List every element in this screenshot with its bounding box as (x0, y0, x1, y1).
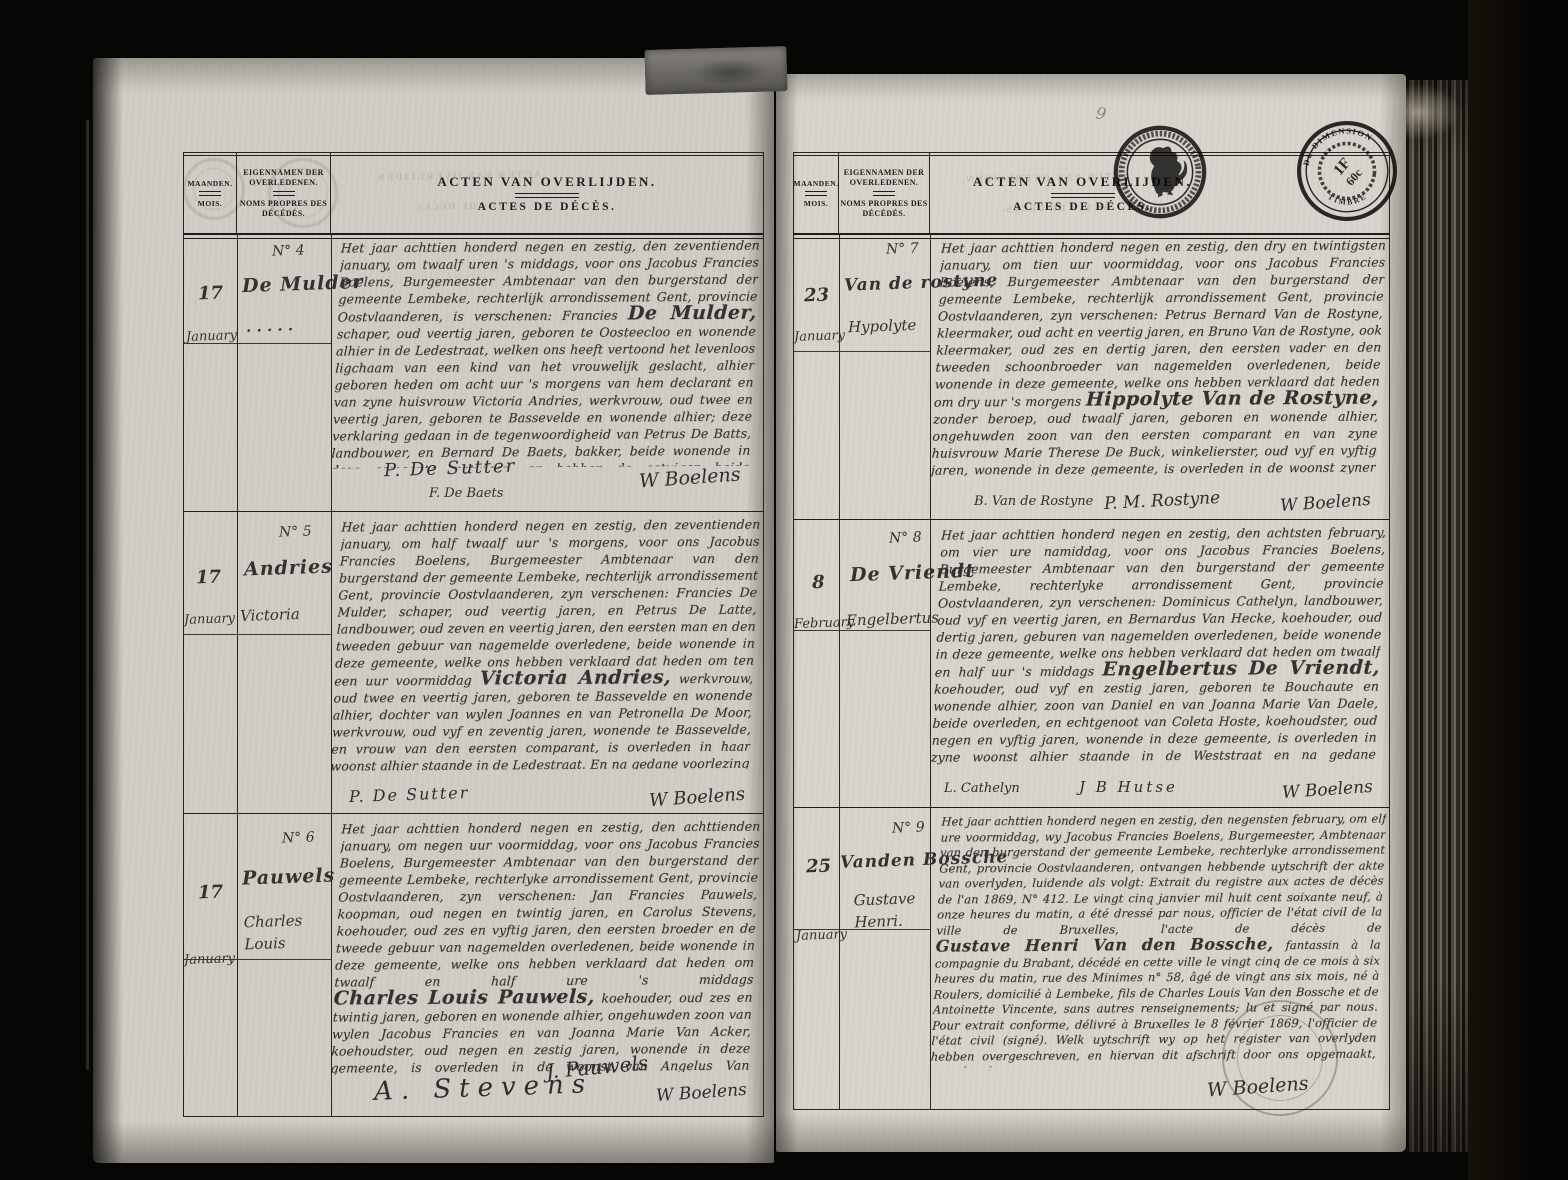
act-day: 17 (198, 882, 224, 904)
act-day: 25 (806, 856, 832, 878)
registrar-signature: W Boelens (648, 784, 745, 812)
acts-title-fr: ACTES DE DÉCÈS. (478, 201, 617, 213)
act-row-5: 17 January N° 5 Andries Victoria Het jaa… (184, 511, 763, 814)
act-given-name: Hypolyte (848, 314, 917, 338)
act-number: N° 8 (889, 529, 922, 546)
act-number: N° 5 (279, 523, 312, 540)
registrar-signature: W Boelens (1280, 490, 1372, 516)
act-number: N° 9 (892, 819, 925, 836)
deceased-name: Victoria Andries, (479, 666, 671, 689)
act-text-post: schaper, oud veertig jaren, geboren te O… (331, 324, 756, 469)
header-divider (515, 193, 579, 198)
act-row-7: 23 January N° 7 Van de rostyne Hypolyte … (794, 233, 1389, 519)
months-header-cell: MAANDEN. MOIS. (184, 153, 237, 233)
act-given-name: Charles Louis (243, 909, 324, 956)
left-table-header: MAANDEN. MOIS. EIGENNAMEN DER OVERLEDENE… (184, 153, 763, 235)
act-day: 17 (198, 283, 224, 305)
act-surname: Andries (244, 555, 334, 580)
fiscal-value-stamp-icon: DE DIMENSION TIMBRE 1F 60c (1291, 115, 1403, 227)
left-register-table: MAANDEN. MOIS. EIGENNAMEN DER OVERLEDENE… (183, 152, 764, 1117)
act-text: Het jaar achttien honderd negen en zesti… (931, 523, 1387, 765)
names-label-nl: EIGENNAMEN DER OVERLEDENEN. (238, 168, 329, 188)
act-text: Het jaar achttien honderd negen en zesti… (331, 236, 760, 468)
header-divider (805, 191, 827, 196)
witness-signature: J B Hutse (1079, 778, 1178, 796)
act-surname: Pauwels (242, 864, 336, 889)
deceased-name: Engelbertus De Vriendt, (1102, 656, 1380, 680)
margin-rule (184, 343, 331, 344)
header-divider (273, 191, 295, 196)
margin-rule (184, 634, 331, 635)
act-given-name: Engelbertus (846, 606, 940, 631)
acts-title-nl: ACTEN VAN OVERLIJDEN. (437, 174, 656, 190)
mois-label: MOIS. (198, 199, 222, 208)
act-row-4: 17 January N° 4 De Mulder . . . . . Het … (184, 233, 763, 511)
act-text-post: zonder beroep, oud twaalf jaren, geboren… (931, 408, 1379, 476)
witness-signature: P. M. Rostyne (1104, 488, 1221, 514)
margin-rule (794, 351, 930, 352)
deceased-name: Charles Louis Pauwels, (333, 986, 595, 1010)
right-register-table: MAANDEN. MOIS. EIGENNAMEN DER OVERLEDENE… (793, 152, 1390, 1110)
municipal-lion-stamp-icon (1106, 118, 1214, 226)
act-text-pre: Het jaar achttien honderd negen en zesti… (334, 818, 761, 989)
names-header-cell: EIGENNAMEN DER OVERLEDENEN. NOMS PROPRES… (839, 153, 930, 233)
act-text: Het jaar achttien honderd negen en zesti… (931, 236, 1387, 476)
scan-background-band (1468, 0, 1568, 1180)
act-month: January (794, 328, 845, 345)
deceased-name: De Mulder, (627, 302, 757, 325)
deceased-name: Hippolyte Van de Rostyne, (1085, 386, 1379, 410)
register-scan: 9 MAANDEN. MOIS. EIGENNAMEN DER OVERLEDE… (0, 0, 1568, 1180)
months-label: MAANDEN. (187, 179, 232, 188)
names-label-fr: NOMS PROPRES DES DÉCÉDÉS. (238, 199, 329, 219)
margin-rule (184, 959, 331, 960)
act-number: N° 4 (272, 242, 305, 259)
mois-label: MOIS. (804, 199, 828, 208)
names-label-nl: EIGENNAMEN DER OVERLEDENEN. (840, 168, 928, 188)
header-divider (199, 191, 221, 196)
deceased-name: Gustave Henri Van den Bossche, (935, 934, 1274, 955)
act-day: 8 (812, 572, 825, 593)
act-row-6: 17 January N° 6 Pauwels Charles Louis He… (184, 813, 763, 1117)
witness-signature: B. Van de Rostyne (974, 494, 1093, 509)
act-text: Het jaar achttien honderd negen en zesti… (330, 515, 760, 771)
act-month: January (184, 611, 235, 628)
act-text: Het jaar achttien honderd negen en zesti… (330, 817, 761, 1074)
act-given-name: Victoria (240, 603, 300, 627)
months-label: MAANDEN. (793, 179, 838, 188)
page-edge-highlight (86, 120, 89, 1070)
act-number: N° 6 (282, 829, 315, 846)
witness-signature: L. Cathelyn (944, 781, 1020, 796)
registrar-signature: W Boelens (656, 1080, 748, 1106)
margin-rule (794, 929, 930, 930)
act-text-pre: Het jaar achttien honderd negen en zesti… (934, 237, 1387, 409)
tape-artifact (644, 46, 787, 95)
margin-rule (794, 630, 930, 631)
act-day: 23 (804, 285, 830, 307)
registrar-signature: W Boelens (1282, 777, 1374, 803)
header-divider (873, 191, 895, 196)
months-header-cell: MAANDEN. MOIS. (794, 153, 839, 233)
acts-header-cell: ACTEN VAN OVERLIJDEN. ACTES DE DÉCÈS. AC… (331, 153, 763, 233)
act-given-name: . . . . . (246, 314, 294, 338)
act-row-8: 8 February N° 8 De Vriendt Engelbertus H… (794, 519, 1389, 808)
names-header-cell: EIGENNAMEN DER OVERLEDENEN. NOMS PROPRES… (237, 153, 331, 233)
act-text-post: koehouder, oud vyf en zestig jaren, gebo… (931, 678, 1380, 765)
svg-text:TIMBRE: TIMBRE (1326, 188, 1370, 209)
registrar-signature: W Boelens (639, 463, 742, 492)
header-divider (1051, 193, 1115, 198)
act-day: 17 (196, 567, 222, 589)
witness-signature: P. De Sutter (384, 456, 517, 482)
act-number: N° 7 (886, 240, 919, 257)
act-text-pre: Het jaar achttien honderd negen en zesti… (936, 811, 1387, 937)
witness-signature: P. De Sutter (349, 783, 470, 806)
act-text-pre: Het jaar achttien honderd negen en zesti… (334, 516, 761, 688)
witness-signature: F. De Baets (429, 486, 503, 501)
act-given-name: Gustave Henri. (853, 887, 932, 934)
book-fore-edge (1406, 80, 1468, 1152)
stamp-ring-bottom-text: TIMBRE (1326, 188, 1370, 209)
names-label-fr: NOMS PROPRES DES DÉCÉDÉS. (840, 199, 928, 219)
